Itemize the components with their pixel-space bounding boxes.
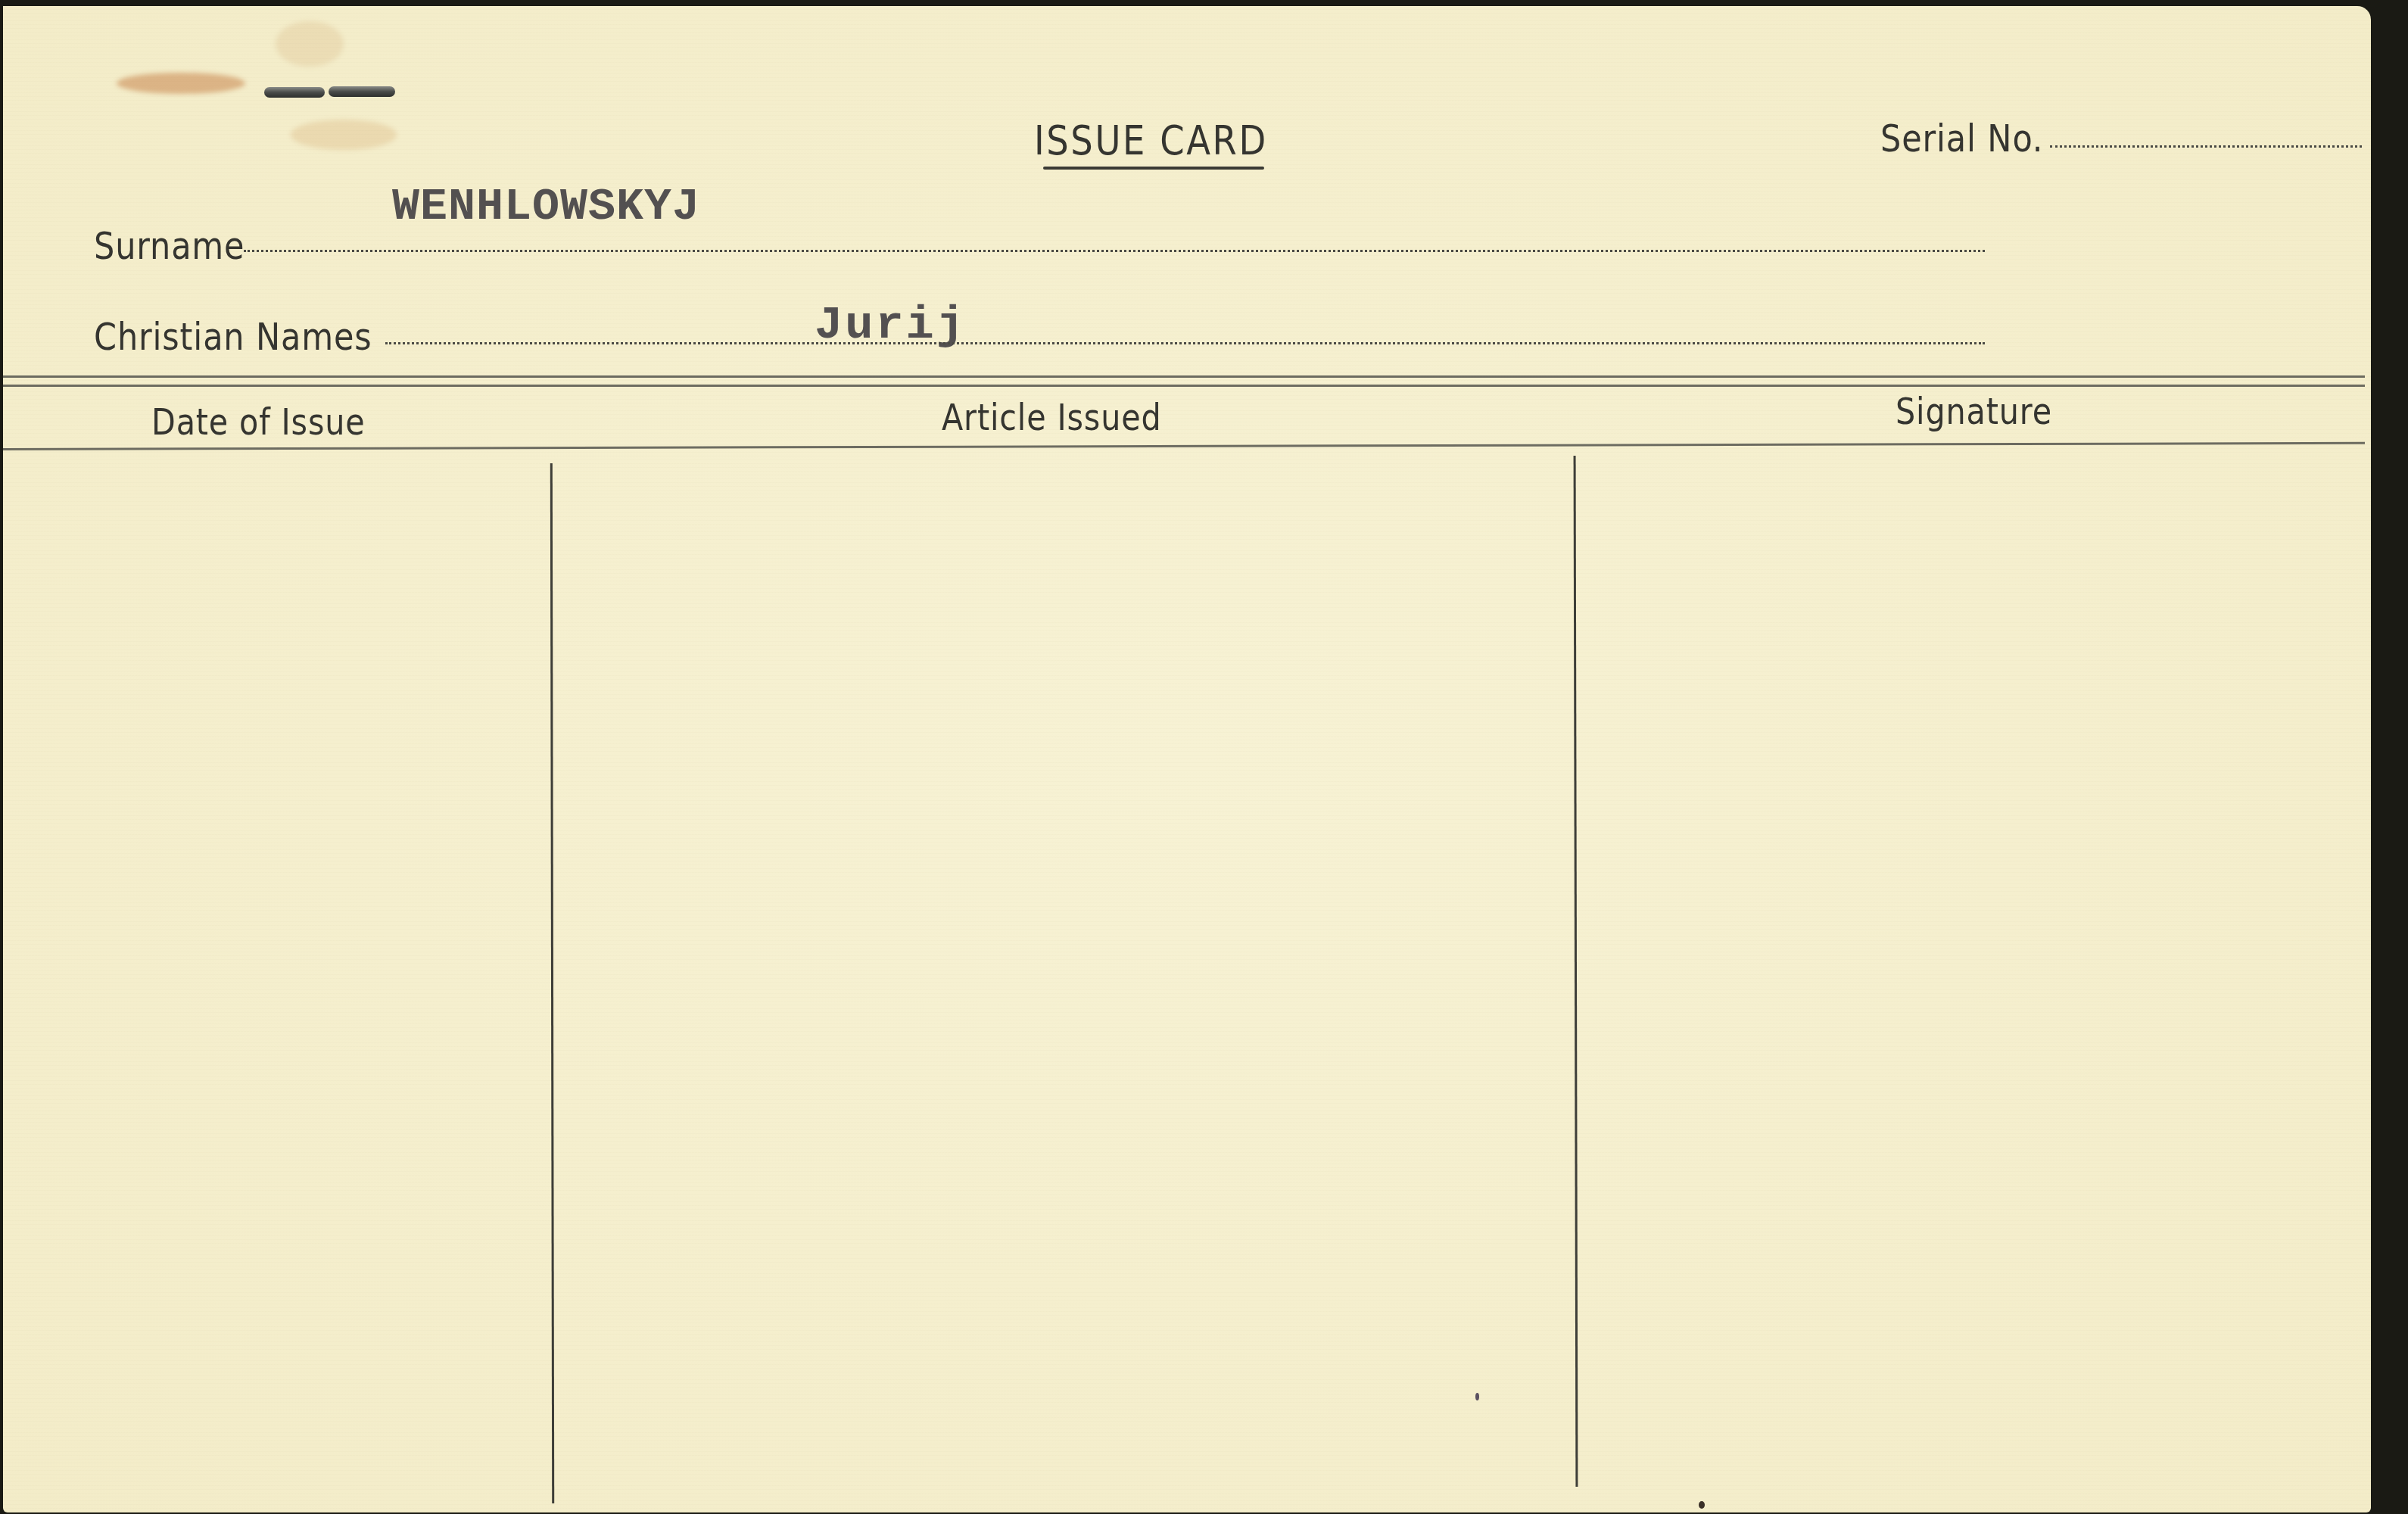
- ink-speck: [1475, 1393, 1479, 1400]
- surname-field[interactable]: [244, 250, 1985, 252]
- card-title: ISSUE CARD: [1034, 117, 1268, 164]
- christian-names-field[interactable]: [385, 342, 1985, 344]
- column-header-article-issued: Article Issued: [942, 397, 1162, 439]
- serial-no-field[interactable]: [2050, 145, 2362, 148]
- ink-speck: [1699, 1501, 1705, 1509]
- date-of-issue-column[interactable]: [3, 460, 551, 1505]
- column-header-date-of-issue: Date of Issue: [151, 401, 366, 444]
- rust-speckles: [291, 120, 397, 150]
- double-rule-bottom: [3, 385, 2365, 387]
- staple-left: [264, 87, 325, 98]
- title-underline: [1043, 167, 1264, 170]
- column-header-signature: Signature: [1896, 391, 2052, 433]
- surname-value: WENHLOWSKYJ: [392, 182, 700, 233]
- christian-names-label: Christian Names: [94, 315, 372, 359]
- staple-right: [329, 86, 395, 97]
- issue-card: ISSUE CARD Serial No. WENHLOWSKYJ Surnam…: [3, 6, 2371, 1512]
- serial-no-label: Serial No.: [1880, 117, 2043, 160]
- rust-stain-top: [276, 21, 344, 67]
- surname-label: Surname: [94, 224, 245, 268]
- rust-stain: [117, 73, 245, 94]
- signature-column[interactable]: [1579, 453, 2366, 1497]
- article-issued-column[interactable]: [556, 460, 1575, 1505]
- double-rule-top: [3, 375, 2365, 378]
